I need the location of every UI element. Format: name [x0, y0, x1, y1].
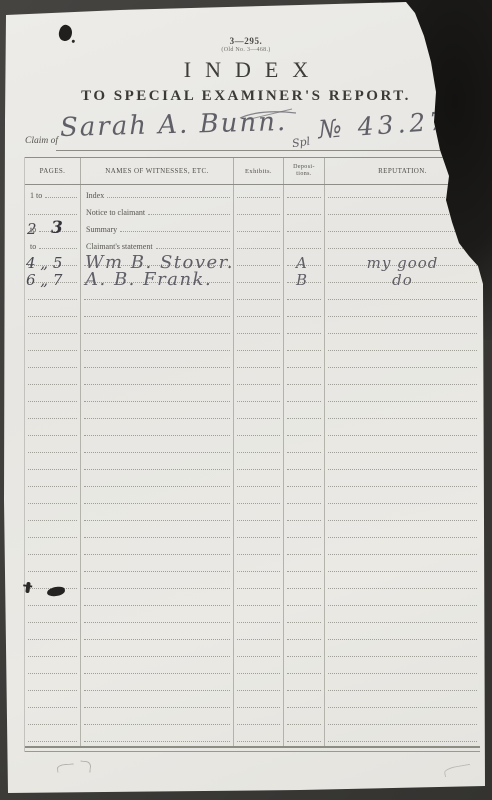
depositions-cell	[284, 559, 325, 576]
form-number: 3—295.	[0, 36, 492, 46]
depositions-cell	[284, 406, 325, 423]
name-cell	[81, 321, 234, 338]
dotted-line	[84, 299, 230, 300]
dotted-line	[28, 554, 77, 555]
dotted-line	[287, 197, 321, 198]
dotted-line	[84, 401, 230, 402]
name-cell: Index	[81, 185, 234, 202]
dotted-line	[237, 605, 280, 606]
exhibits-cell	[234, 474, 284, 491]
dotted-line	[287, 707, 321, 708]
name-cell	[81, 559, 234, 576]
name-printed-label: Claimant's statement	[81, 242, 153, 251]
table-row	[25, 457, 480, 474]
dotted-line	[287, 299, 321, 300]
depositions-cell	[284, 287, 325, 304]
dotted-line	[84, 486, 230, 487]
exhibits-cell	[234, 338, 284, 355]
dotted-line	[328, 622, 477, 623]
pages-cell	[25, 423, 81, 440]
deposition-handwriting: B	[296, 273, 307, 288]
pages-cell: to	[25, 236, 81, 253]
reputation-cell	[325, 610, 480, 627]
depositions-cell	[284, 389, 325, 406]
depositions-cell	[284, 593, 325, 610]
table-row	[25, 423, 480, 440]
table-row	[25, 525, 480, 542]
dotted-line	[84, 741, 230, 742]
reputation-cell	[325, 440, 480, 457]
dotted-line	[84, 384, 230, 385]
claim-annotation-handwriting: Spl	[291, 135, 311, 150]
table-row	[25, 729, 480, 746]
dotted-line	[287, 673, 321, 674]
exhibits-cell	[234, 712, 284, 729]
exhibits-cell	[234, 219, 284, 236]
depositions-cell	[284, 678, 325, 695]
dotted-line	[28, 639, 77, 640]
name-cell	[81, 304, 234, 321]
dotted-line	[28, 690, 77, 691]
name-printed-label: Notice to claimant	[81, 208, 145, 217]
exhibits-cell	[234, 542, 284, 559]
pages-cell	[25, 559, 81, 576]
pages-cell	[25, 695, 81, 712]
depositions-cell	[284, 542, 325, 559]
dotted-line	[287, 639, 321, 640]
name-cell	[81, 491, 234, 508]
depositions-cell	[284, 440, 325, 457]
dotted-line	[328, 316, 477, 317]
table-row: Notice to claimant	[25, 202, 480, 219]
name-cell	[81, 440, 234, 457]
dotted-line	[328, 673, 477, 674]
exhibits-cell	[234, 253, 284, 270]
dotted-line	[28, 469, 77, 470]
dotted-line	[28, 707, 77, 708]
dotted-line	[287, 690, 321, 691]
dotted-line	[287, 486, 321, 487]
exhibits-cell	[234, 508, 284, 525]
dotted-line	[287, 571, 321, 572]
dotted-line	[328, 248, 477, 249]
name-cell	[81, 457, 234, 474]
table-row	[25, 644, 480, 661]
dotted-line	[84, 605, 230, 606]
dotted-line	[328, 231, 477, 232]
name-cell	[81, 389, 234, 406]
table-row	[25, 695, 480, 712]
dotted-line	[287, 605, 321, 606]
pages-cell	[25, 372, 81, 389]
dotted-line	[28, 401, 77, 402]
pencil-mark	[79, 760, 91, 772]
exhibits-cell	[234, 372, 284, 389]
dotted-line	[237, 741, 280, 742]
depositions-cell	[284, 304, 325, 321]
reputation-cell	[325, 372, 480, 389]
exhibits-cell	[234, 355, 284, 372]
dotted-line	[84, 707, 230, 708]
name-printed-label: Summary	[81, 225, 117, 234]
dotted-line	[84, 452, 230, 453]
dotted-line	[84, 673, 230, 674]
pages-cell	[25, 389, 81, 406]
dotted-line	[28, 503, 77, 504]
pages-cell	[25, 661, 81, 678]
dotted-line	[328, 690, 477, 691]
dotted-line	[328, 401, 477, 402]
exhibits-cell	[234, 287, 284, 304]
dotted-line	[28, 537, 77, 538]
pages-cell	[25, 355, 81, 372]
dotted-line	[120, 231, 230, 232]
dotted-line	[84, 367, 230, 368]
reputation-cell	[325, 474, 480, 491]
pages-handwriting: 6 „ 7	[26, 273, 62, 288]
pages-cell	[25, 202, 81, 219]
dotted-line	[84, 350, 230, 351]
dotted-line	[237, 248, 280, 249]
pages-cell	[25, 474, 81, 491]
dotted-line	[84, 469, 230, 470]
dotted-line	[328, 367, 477, 368]
dotted-line	[84, 639, 230, 640]
table-row	[25, 355, 480, 372]
name-cell: Wm B. Stover.	[81, 253, 234, 270]
pencil-mark	[57, 763, 75, 772]
pages-cell: 2to3	[25, 219, 81, 236]
dotted-line	[237, 724, 280, 725]
pages-cell	[25, 508, 81, 525]
name-cell	[81, 576, 234, 593]
dotted-line	[28, 656, 77, 657]
dotted-line	[328, 741, 477, 742]
depositions-cell	[284, 491, 325, 508]
exhibits-cell	[234, 678, 284, 695]
reputation-cell	[325, 644, 480, 661]
name-cell	[81, 406, 234, 423]
pages-printed-label: 1 to	[25, 191, 42, 200]
name-cell: Notice to claimant	[81, 202, 234, 219]
name-cell	[81, 474, 234, 491]
dotted-line	[328, 571, 477, 572]
depositions-cell	[284, 202, 325, 219]
pages-cell	[25, 321, 81, 338]
depositions-cell	[284, 321, 325, 338]
depositions-cell: B	[284, 270, 325, 287]
dotted-line	[287, 452, 321, 453]
dotted-line	[28, 571, 77, 572]
table-row: toClaimant's statement	[25, 236, 480, 253]
dotted-line	[28, 452, 77, 453]
table-row	[25, 406, 480, 423]
dotted-line	[328, 724, 477, 725]
pages-cell	[25, 627, 81, 644]
header-exhibits: Exhibits.	[234, 158, 284, 184]
dotted-line	[237, 622, 280, 623]
dotted-line	[237, 503, 280, 504]
dotted-line	[237, 673, 280, 674]
form-old-number: (Old No. 3—468.)	[0, 47, 492, 53]
reputation-cell	[325, 712, 480, 729]
header-names: NAMES OF WITNESSES, ETC.	[81, 158, 234, 184]
dotted-line	[84, 435, 230, 436]
dotted-line	[328, 469, 477, 470]
dotted-line	[328, 639, 477, 640]
dotted-line	[287, 622, 321, 623]
depositions-cell	[284, 457, 325, 474]
header-pages: PAGES.	[25, 158, 81, 184]
claimant-name-handwriting: Sarah A. Bunn.	[60, 107, 288, 143]
reputation-cell	[325, 491, 480, 508]
dotted-line	[287, 741, 321, 742]
dotted-line	[237, 197, 280, 198]
dotted-line	[107, 197, 230, 198]
dotted-line	[237, 486, 280, 487]
dotted-line	[28, 673, 77, 674]
pages-cell	[25, 457, 81, 474]
depositions-cell	[284, 610, 325, 627]
dotted-line	[237, 333, 280, 334]
dotted-line	[328, 554, 477, 555]
dotted-line	[287, 656, 321, 657]
dotted-line	[237, 520, 280, 521]
depositions-cell	[284, 729, 325, 746]
pages-cell: 1 to	[25, 185, 81, 202]
dotted-line	[237, 265, 280, 266]
reputation-cell	[325, 338, 480, 355]
document-page: 3—295. (Old No. 3—468.) INDEX TO SPECIAL…	[0, 0, 492, 800]
dotted-line	[287, 588, 321, 589]
index-table: PAGES. NAMES OF WITNESSES, ETC. Exhibits…	[24, 157, 480, 752]
reputation-cell	[325, 457, 480, 474]
reputation-cell	[325, 559, 480, 576]
reputation-cell	[325, 678, 480, 695]
dotted-line	[84, 333, 230, 334]
scan-background: 3—295. (Old No. 3—468.) INDEX TO SPECIAL…	[0, 0, 492, 800]
dotted-line	[45, 197, 77, 198]
dotted-line	[237, 367, 280, 368]
exhibits-cell	[234, 729, 284, 746]
reputation-cell: do	[325, 270, 480, 287]
depositions-cell	[284, 644, 325, 661]
dotted-line	[84, 316, 230, 317]
table-row	[25, 372, 480, 389]
name-cell	[81, 712, 234, 729]
dotted-line	[328, 503, 477, 504]
dotted-line	[84, 418, 230, 419]
dotted-line	[28, 214, 77, 215]
pages-handwriting: 3	[51, 220, 63, 237]
claim-of-label: Claim of	[25, 136, 58, 146]
dotted-line	[28, 333, 77, 334]
exhibits-cell	[234, 406, 284, 423]
reputation-cell	[325, 304, 480, 321]
dotted-line	[287, 435, 321, 436]
exhibits-cell	[234, 610, 284, 627]
table-row	[25, 474, 480, 491]
pages-cell	[25, 610, 81, 627]
pages-handwriting: 4 „ 5	[26, 256, 62, 271]
dotted-line	[84, 503, 230, 504]
dotted-line	[237, 469, 280, 470]
dotted-line	[328, 605, 477, 606]
table-row	[25, 491, 480, 508]
table-row: 4 „ 5Wm B. Stover.Amy good	[25, 253, 480, 270]
claim-line: Claim of Sarah A. Bunn. Spl № 43.270	[0, 108, 492, 158]
name-cell	[81, 355, 234, 372]
depositions-cell	[284, 185, 325, 202]
reputation-cell	[325, 508, 480, 525]
dotted-line	[28, 741, 77, 742]
name-cell	[81, 525, 234, 542]
reputation-handwriting: my good	[325, 256, 480, 271]
dotted-line	[28, 367, 77, 368]
dotted-line	[287, 520, 321, 521]
dotted-line	[237, 418, 280, 419]
exhibits-cell	[234, 576, 284, 593]
dotted-line	[237, 571, 280, 572]
pages-cell	[25, 440, 81, 457]
reputation-cell	[325, 695, 480, 712]
pages-cell	[25, 712, 81, 729]
reputation-cell	[325, 729, 480, 746]
name-cell	[81, 729, 234, 746]
reputation-cell	[325, 236, 480, 253]
dotted-line	[287, 316, 321, 317]
dotted-line	[237, 690, 280, 691]
dotted-line	[237, 588, 280, 589]
pencil-mark	[443, 764, 471, 778]
reputation-cell	[325, 355, 480, 372]
reputation-cell: my good	[325, 253, 480, 270]
dotted-line	[287, 469, 321, 470]
pages-cell	[25, 644, 81, 661]
name-cell	[81, 644, 234, 661]
depositions-cell: A	[284, 253, 325, 270]
pages-cell: 4 „ 5	[25, 253, 81, 270]
table-row	[25, 678, 480, 695]
exhibits-cell	[234, 270, 284, 287]
dotted-line	[28, 520, 77, 521]
pages-cell	[25, 304, 81, 321]
dotted-line	[84, 622, 230, 623]
reputation-cell	[325, 525, 480, 542]
dotted-line	[84, 656, 230, 657]
page-subtitle: TO SPECIAL EXAMINER'S REPORT.	[0, 88, 492, 105]
pages-cell	[25, 678, 81, 695]
dotted-line	[84, 537, 230, 538]
depositions-cell	[284, 338, 325, 355]
dotted-line	[328, 537, 477, 538]
dotted-line	[328, 520, 477, 521]
table-row	[25, 559, 480, 576]
dotted-line	[328, 588, 477, 589]
dotted-line	[328, 350, 477, 351]
table-row: 2to3Summary	[25, 219, 480, 236]
name-cell	[81, 287, 234, 304]
dotted-line	[328, 707, 477, 708]
dotted-line	[28, 384, 77, 385]
table-bottom-rule	[25, 746, 480, 752]
exhibits-cell	[234, 185, 284, 202]
depositions-cell	[284, 219, 325, 236]
name-cell	[81, 423, 234, 440]
dotted-line	[237, 554, 280, 555]
name-cell	[81, 661, 234, 678]
dotted-line	[328, 435, 477, 436]
dotted-line	[28, 622, 77, 623]
dotted-line	[328, 384, 477, 385]
reputation-cell	[325, 627, 480, 644]
depositions-cell	[284, 712, 325, 729]
dotted-line	[237, 214, 280, 215]
exhibits-cell	[234, 423, 284, 440]
dotted-line	[28, 350, 77, 351]
table-row	[25, 287, 480, 304]
dotted-line	[287, 401, 321, 402]
dotted-line	[237, 656, 280, 657]
dotted-line	[328, 486, 477, 487]
pages-cell	[25, 525, 81, 542]
dotted-line	[287, 418, 321, 419]
deposition-handwriting: A	[296, 256, 307, 271]
dotted-line	[287, 231, 321, 232]
exhibits-cell	[234, 440, 284, 457]
dotted-line	[237, 639, 280, 640]
reputation-cell	[325, 406, 480, 423]
dotted-line	[237, 452, 280, 453]
dotted-line	[237, 316, 280, 317]
dotted-line	[237, 231, 280, 232]
dotted-line	[287, 333, 321, 334]
dotted-line	[287, 537, 321, 538]
name-cell	[81, 372, 234, 389]
table-row	[25, 440, 480, 457]
dotted-line	[84, 554, 230, 555]
reputation-cell	[325, 576, 480, 593]
name-printed-label: Index	[81, 191, 104, 200]
exhibits-cell	[234, 593, 284, 610]
dotted-line	[287, 503, 321, 504]
pages-cell: 6 „ 7	[25, 270, 81, 287]
exhibits-cell	[234, 525, 284, 542]
dotted-line	[28, 435, 77, 436]
name-cell: A. B. Frank.	[81, 270, 234, 287]
name-cell	[81, 610, 234, 627]
name-cell: Summary	[81, 219, 234, 236]
table-row	[25, 661, 480, 678]
reputation-cell	[325, 661, 480, 678]
reputation-cell	[325, 389, 480, 406]
dotted-line	[237, 384, 280, 385]
name-cell	[81, 678, 234, 695]
exhibits-cell	[234, 695, 284, 712]
table-row: 1 toIndex	[25, 185, 480, 202]
name-cell	[81, 695, 234, 712]
dotted-line	[287, 724, 321, 725]
reputation-cell	[325, 542, 480, 559]
depositions-cell	[284, 695, 325, 712]
name-cell: Claimant's statement	[81, 236, 234, 253]
dotted-line	[148, 214, 230, 215]
pages-cell	[25, 338, 81, 355]
exhibits-cell	[234, 202, 284, 219]
name-cell	[81, 508, 234, 525]
depositions-cell	[284, 423, 325, 440]
table-row	[25, 542, 480, 559]
